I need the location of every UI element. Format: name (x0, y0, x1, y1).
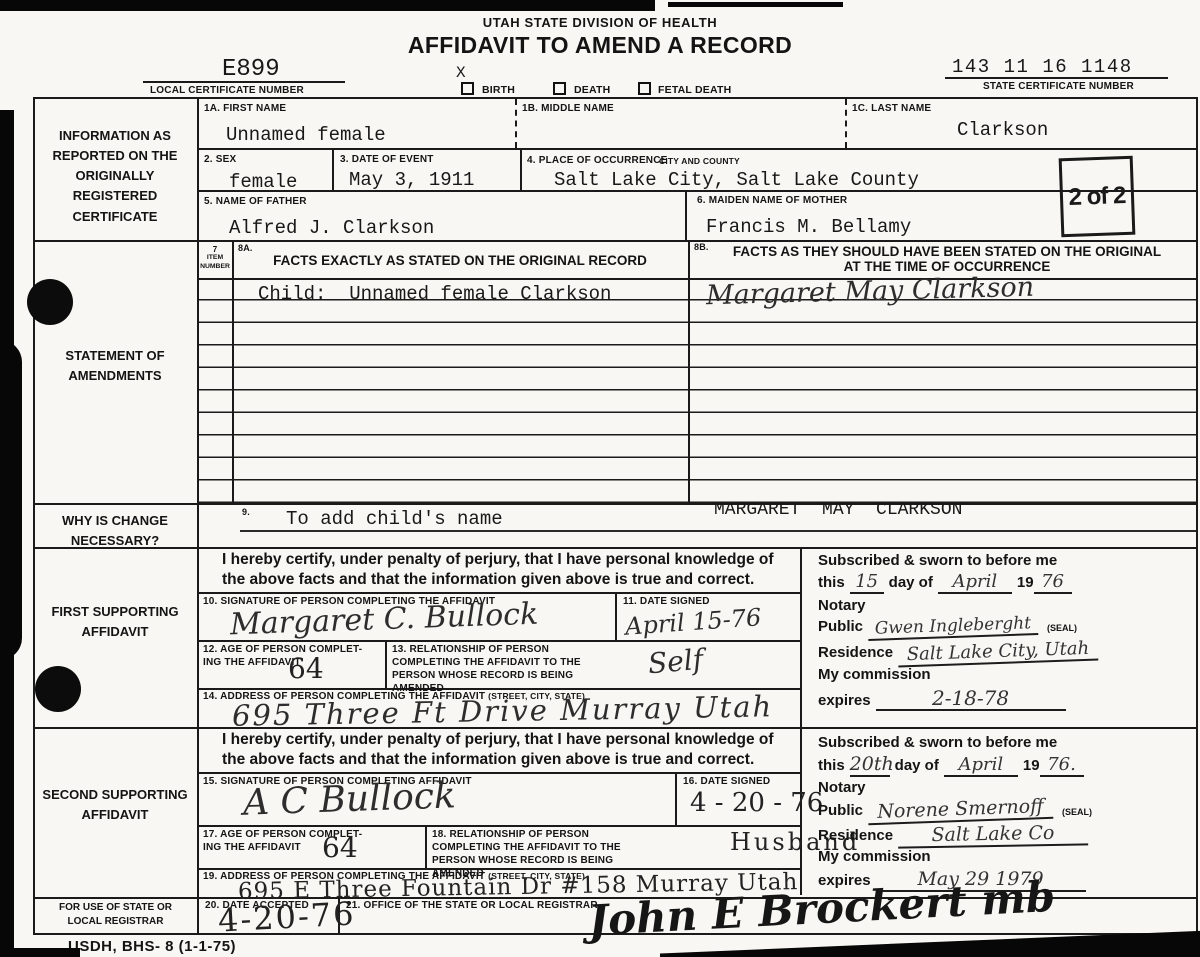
grid-line (675, 772, 677, 825)
sex-value: female (229, 171, 297, 193)
mother-maiden-name-label: 6. MAIDEN NAME OF MOTHER (697, 195, 847, 206)
birth-checkbox (461, 82, 474, 95)
why-change-item-num: 9. (242, 507, 250, 517)
notary2-date-line: this 20th day of April 19 76. (818, 755, 1084, 777)
birth-checkbox-label: BIRTH (482, 84, 515, 96)
sex-label: 2. SEX (204, 154, 236, 165)
grid-line (197, 825, 800, 827)
state-certificate-number-value: 143 11 16 1148 (952, 56, 1133, 78)
hole-punch-top (27, 279, 73, 325)
notary2-this-label: this (818, 757, 845, 774)
grid-line (33, 727, 1198, 729)
notary1-public-label: Public (818, 618, 863, 635)
notary1-dayof-label: day of (889, 574, 933, 591)
scan-edge-left-blob (0, 340, 22, 660)
notary1-name-value: Gwen Ingleberght (868, 615, 1039, 641)
corrected-facts-col-label-line2: AT THE TIME OF OCCURRENCE (702, 259, 1192, 274)
notary1-century-label: 19 (1017, 574, 1034, 591)
info-side-label: INFORMATION AS REPORTED ON THE ORIGINALL… (40, 126, 190, 227)
notary1-seal-label: (SEAL) (1047, 623, 1077, 633)
notary1-expires-label: expires (818, 692, 871, 709)
notary2-residence-label: Residence (818, 827, 893, 844)
amendments-side-label: STATEMENT OF AMENDMENTS (40, 346, 190, 386)
place-city-county-sublabel: CITY AND COUNTY (659, 156, 740, 166)
original-facts-col-num: 8A. (238, 243, 253, 253)
notary1-public-line: Public Gwen Ingleberght (SEAL) (818, 618, 1077, 638)
affidavit1-relationship-value: Self (647, 643, 705, 681)
registrar-side-label: FOR USE OF STATE OR LOCAL REGISTRAR (48, 901, 183, 928)
item-number-col-num: 7 (199, 245, 231, 254)
state-certificate-underline (945, 77, 1168, 79)
grid-line (33, 240, 1198, 242)
scanned-affidavit-document: UTAH STATE DIVISION OF HEALTH AFFIDAVIT … (0, 0, 1200, 957)
certification-text-line1: I hereby certify, under penalty of perju… (222, 551, 802, 569)
first-name-label: 1A. FIRST NAME (204, 103, 286, 114)
grid-line (520, 148, 522, 190)
mother-maiden-name-value: Francis M. Bellamy (706, 216, 911, 238)
notary1-expires-value: 2-18-78 (876, 688, 1066, 711)
father-name-value: Alfred J. Clarkson (229, 217, 434, 239)
affidavit1-side-label: FIRST SUPPORTING AFFIDAVIT (40, 602, 190, 642)
notary1-month-value: April (938, 573, 1012, 594)
notary2-public-label: Public (818, 802, 863, 819)
grid-line (33, 547, 1198, 549)
notary1-day-value: 15 (850, 573, 884, 594)
grid-line (845, 99, 847, 148)
page-number-stamp: 2 of 2 (1059, 156, 1136, 238)
notary2-residence-value: Salt Lake Co (898, 823, 1088, 848)
form-title: AFFIDAVIT TO AMEND A RECORD (300, 32, 900, 59)
form-number: USDH, BHS- 8 (1-1-75) (68, 938, 236, 955)
affidavit2-date-signed-value: 4 - 20 - 76 (690, 788, 823, 818)
grid-line (332, 148, 334, 190)
notary2-commission-label: My commission (818, 848, 931, 865)
certification-text-line2: the above facts and that the information… (222, 571, 802, 589)
affidavit1-age-value: 64 (288, 652, 324, 685)
item-number-col-label: ITEM NUMBER (199, 254, 231, 272)
registrar-office-label: 21. OFFICE OF THE STATE OR LOCAL REGISTR… (346, 900, 598, 911)
affidavit1-date-signed-label: 11. DATE SIGNED (623, 596, 710, 607)
agency-name: UTAH STATE DIVISION OF HEALTH (350, 15, 850, 30)
last-name-value: Clarkson (957, 119, 1048, 141)
scan-edge-top (0, 0, 655, 11)
notary2-month-value: April (944, 756, 1018, 777)
notary1-expires-line: expires 2-18-78 (818, 688, 1071, 711)
notary2-name-value: Norene Smernoff (868, 797, 1054, 825)
notary2-sworn-text: Subscribed & sworn to before me (818, 734, 1057, 751)
fetal-death-checkbox-label: FETAL DEATH (658, 84, 731, 96)
amended-name-value: MARGARET MAY CLARKSON (714, 500, 962, 520)
notary2-day-value: 20th (850, 755, 890, 777)
place-of-occurrence-value: Salt Lake City, Salt Lake County (554, 169, 919, 191)
notary2-year-value: 76. (1040, 756, 1084, 777)
notary1-commission-label: My commission (818, 666, 931, 683)
why-change-reason-value: To add child's name (286, 508, 503, 530)
amendment-rows-grid (199, 278, 1198, 503)
notary1-commission-word: My commission (818, 666, 931, 683)
affidavit1-relationship-label: 13. RELATIONSHIP OF PERSON COMPLETING TH… (392, 643, 617, 695)
grid-line (240, 530, 1196, 532)
notary1-residence-line: Residence Salt Lake City, Utah (818, 643, 1103, 664)
scan-edge-bottom-left (0, 948, 80, 957)
record-type-x-mark: X (456, 64, 466, 82)
amendment-row-original-value: Child: Unnamed female Clarkson (258, 283, 611, 305)
first-name-value: Unnamed female (226, 124, 386, 146)
notary1-sworn-text: Subscribed & sworn to before me (818, 552, 1057, 569)
hole-punch-bottom (35, 666, 81, 712)
notary1-sworn-label: Subscribed & sworn to before me (818, 552, 1057, 569)
local-certificate-number-value: E899 (222, 56, 280, 83)
grid-line (425, 825, 427, 868)
certification2-text-line2: the above facts and that the information… (222, 751, 802, 769)
affidavit2-date-signed-label: 16. DATE SIGNED (683, 776, 770, 787)
why-change-side-label: WHY IS CHANGE NECESSARY? (40, 511, 190, 551)
notary1-year-value: 76 (1034, 573, 1072, 594)
grid-line (685, 190, 687, 240)
death-checkbox (553, 82, 566, 95)
notary2-commission-word: My commission (818, 848, 931, 865)
notary2-century-label: 19 (1023, 757, 1040, 774)
date-of-event-label: 3. DATE OF EVENT (340, 154, 434, 165)
notary2-seal-label: (SEAL) (1062, 807, 1092, 817)
affidavit2-age-value: 64 (322, 831, 358, 864)
notary2-notary-word: Notary (818, 779, 866, 796)
notary2-residence-line: Residence Salt Lake Co (818, 825, 1093, 847)
local-certificate-underline (143, 81, 345, 83)
death-checkbox-label: DEATH (574, 84, 610, 96)
notary1-residence-value: Salt Lake City, Utah (898, 640, 1099, 668)
affidavit2-side-label: SECOND SUPPORTING AFFIDAVIT (40, 785, 190, 825)
grid-line (385, 640, 387, 688)
place-of-occurrence-label: 4. PLACE OF OCCURRENCE (527, 155, 668, 166)
notary2-public-line: Public Norene Smernoff (SEAL) (818, 800, 1092, 822)
affidavit2-signature-value: A C Bullock (242, 775, 456, 823)
state-certificate-number-label: STATE CERTIFICATE NUMBER (983, 81, 1134, 92)
father-name-label: 5. NAME OF FATHER (204, 196, 307, 207)
corrected-facts-col-label-line1: FACTS AS THEY SHOULD HAVE BEEN STATED ON… (702, 244, 1192, 259)
notary1-notary-word: Notary (818, 597, 866, 614)
scan-edge-top-right (668, 2, 843, 7)
fetal-death-checkbox (638, 82, 651, 95)
notary1-notary-label: Notary (818, 597, 866, 614)
grid-line (33, 503, 1198, 505)
middle-name-label: 1B. MIDDLE NAME (522, 103, 614, 114)
notary2-sworn-label: Subscribed & sworn to before me (818, 734, 1057, 751)
grid-line (197, 592, 800, 594)
local-certificate-number-label: LOCAL CERTIFICATE NUMBER (150, 85, 304, 96)
certification2-text-line1: I hereby certify, under penalty of perju… (222, 731, 802, 749)
notary2-notary-label: Notary (818, 779, 866, 796)
notary1-date-line: this 15 day of April 19 76 (818, 573, 1072, 594)
grid-line (515, 99, 517, 148)
grid-line (615, 592, 617, 640)
notary1-this-label: this (818, 574, 845, 591)
original-facts-col-label: FACTS EXACTLY AS STATED ON THE ORIGINAL … (240, 253, 680, 268)
affidavit1-age-label: 12. AGE OF PERSON COMPLET-ING THE AFFIDA… (203, 643, 363, 669)
date-accepted-value: 4-20-76 (217, 894, 356, 939)
last-name-label: 1C. LAST NAME (852, 103, 931, 114)
grid-line (197, 772, 800, 774)
notary1-residence-label: Residence (818, 644, 893, 661)
date-of-event-value: May 3, 1911 (349, 169, 474, 191)
grid-line (197, 97, 199, 935)
notary2-dayof-label: day of (895, 757, 939, 774)
grid-line (197, 148, 1198, 150)
